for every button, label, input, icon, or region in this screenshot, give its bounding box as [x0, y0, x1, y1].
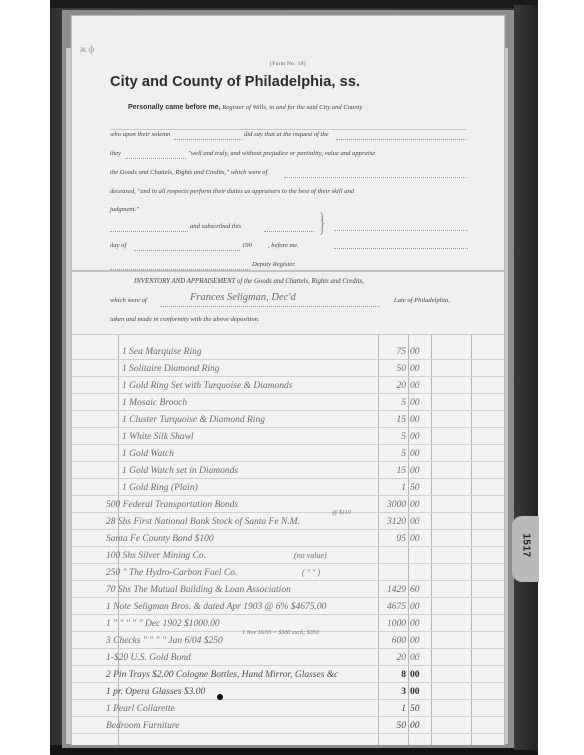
deputy-blank[interactable]: [110, 269, 250, 270]
item-cents: 00: [410, 599, 428, 615]
item-cents: 60: [410, 582, 428, 598]
item-description: 1 Gold Ring Set with Turquoise & Diamond…: [122, 378, 387, 394]
ledger-entry: 1 Gold Ring Set with Turquoise & Diamond…: [72, 378, 504, 394]
binder-spine: [514, 5, 538, 750]
ledger-entry: 100 Shs Silver Mining Co. (no value): [72, 548, 504, 564]
appraiser-signature-line-1[interactable]: [334, 230, 468, 231]
ledger-entry: 1 Solitaire Diamond Ring 50 00: [72, 361, 504, 377]
appraiser-signature-line-2[interactable]: [334, 248, 468, 249]
item-description: 250 " The Hydro-Carbon Fuel Co.: [106, 565, 296, 581]
item-note: 1 Nov 16/05 = $300 each; $350: [242, 630, 319, 637]
ledger-entry: 1 pr. Opera Glasses $3.00 3 00: [72, 684, 504, 700]
item-cents: 00: [410, 616, 428, 632]
ledger-entry: 1 Mosaic Brooch 5 00: [72, 395, 504, 411]
item-dollars: 1: [372, 701, 406, 717]
item-dollars: 15: [372, 463, 406, 479]
item-cents: 00: [410, 378, 428, 394]
item-dollars: 95: [372, 531, 406, 547]
item-dollars: 5: [372, 395, 406, 411]
item-cents: 00: [410, 684, 428, 700]
item-dollars: 5: [372, 429, 406, 445]
item-dollars: 20: [372, 650, 406, 666]
inventory-header: INVENTORY AND APPRAISEMENT of the Goods …: [72, 272, 504, 334]
item-cents: 00: [410, 514, 428, 530]
item-description: 1 Gold Ring (Plain): [122, 480, 387, 496]
item-cents: 00: [410, 395, 428, 411]
item-description: 1 Gold Watch set in Diamonds: [122, 463, 387, 479]
item-cents: 00: [410, 361, 428, 377]
item-dollars: 3: [372, 684, 406, 700]
which-were-of-label: which were of: [110, 297, 147, 304]
item-description: 1 Solitaire Diamond Ring: [122, 361, 387, 377]
well-truly-text: "well and truly, and without prejudice o…: [188, 150, 375, 157]
item-description: 2 Pin Trays $2.00 Cologne Bottles, Hand …: [106, 667, 371, 683]
item-dollars: 50: [372, 718, 406, 734]
ledger-entry: 3 Checks " " " " Jan 6/04 $250 1 Nov 16/…: [72, 633, 504, 649]
late-of-label: Late of Philadelphia,: [394, 297, 450, 304]
ledger-entry: 1 Gold Ring (Plain) 1 50: [72, 480, 504, 496]
personally-rest: Register of Wills, in and for the said C…: [222, 104, 362, 111]
ledger-entry: 1 Gold Watch set in Diamonds 15 00: [72, 463, 504, 479]
they-label: they: [110, 150, 121, 157]
item-dollars: 5: [372, 446, 406, 462]
judgment-text: judgment.": [110, 206, 139, 213]
ledger-entry: Santa Fe County Bond $100 95 00: [72, 531, 504, 547]
item-cents: 00: [410, 633, 428, 649]
they-blank[interactable]: [126, 158, 186, 159]
item-description: 70 Shs The Mutual Building & Loan Associ…: [106, 582, 371, 598]
request-blank[interactable]: [336, 139, 466, 140]
ledger-entry: 250 " The Hydro-Carbon Fuel Co. ( " " ): [72, 565, 504, 581]
ledger-entry: Bedroom Furniture 50 00: [72, 718, 504, 734]
item-description: 1-$20 U.S. Gold Bond: [106, 650, 371, 666]
goods-chattels-text: the Goods and Chattels, Rights and Credi…: [110, 169, 267, 176]
item-dollars: 1: [372, 480, 406, 496]
deputy-register-label: Deputy Register.: [252, 261, 296, 268]
item-dollars: 1429: [372, 582, 406, 598]
item-cents: 50: [410, 701, 428, 717]
item-dollars: 75: [372, 344, 406, 360]
item-description: 1 Pearl Collarette: [106, 701, 371, 717]
item-dollars: 3120: [372, 514, 406, 530]
deposition-section: ж ф [Form No. 18] City and County of Phi…: [72, 16, 504, 272]
personally-lead: Personally came before me,: [128, 104, 221, 111]
item-description: 1 " " " " " Dec 1902 $1000.00: [106, 616, 371, 632]
ledger-entry: 500 Federal Transportation Bonds 3000 00: [72, 497, 504, 513]
item-cents: 00: [410, 412, 428, 428]
item-cents: 00: [410, 446, 428, 462]
item-description: 3 Checks " " " " Jan 6/04 $250: [106, 633, 371, 649]
ink-blot: [217, 694, 223, 700]
goods-blank[interactable]: [284, 177, 466, 178]
dayof-label: day of: [110, 242, 126, 249]
item-description: 1 Note Seligman Bros. & dated Apr 1903 @…: [106, 599, 371, 615]
ledger-entry: 1-$20 U.S. Gold Bond 20 00: [72, 650, 504, 666]
item-description: 1 Mosaic Brooch: [122, 395, 387, 411]
inventory-heading: INVENTORY AND APPRAISEMENT of the Goods …: [134, 278, 364, 285]
form-number: [Form No. 18]: [72, 61, 504, 67]
ledger-entry: 1 Note Seligman Bros. & dated Apr 1903 @…: [72, 599, 504, 615]
item-dollars: 4675: [372, 599, 406, 615]
item-description: 1 Sea Marquise Ring: [122, 344, 387, 360]
item-note: ( " " ): [302, 569, 320, 576]
request-label: did say that at the request of the: [244, 131, 329, 138]
dayof-blank[interactable]: [134, 250, 240, 251]
item-dollars: 3000: [372, 497, 406, 513]
blank-line: [110, 129, 466, 130]
sworn-blank[interactable]: [110, 231, 188, 232]
year-label: 190: [242, 242, 252, 249]
item-cents: 00: [410, 667, 428, 683]
binder-top-edge: [50, 0, 538, 8]
item-description: 1 White Silk Shawl: [122, 429, 387, 445]
item-cents: 00: [410, 650, 428, 666]
beforeme-label: , before me.: [268, 242, 299, 249]
ledger-table: 1 Sea Marquise Ring 75 00 1 Solitaire Di…: [72, 334, 504, 745]
personally-line: Personally came before me, Register of W…: [128, 104, 362, 111]
ledger-entry: 1 Cluster Turquoise & Diamond Ring 15 00: [72, 412, 504, 428]
item-dollars: 20: [372, 378, 406, 394]
item-description: 1 Gold Watch: [122, 446, 387, 462]
item-dollars: 1000: [372, 616, 406, 632]
item-description: 1 pr. Opera Glasses $3.00: [106, 684, 371, 700]
decedent-blank: [160, 306, 380, 307]
subscribed-label: and subscribed this: [190, 223, 241, 230]
item-cents: 50: [410, 480, 428, 496]
item-dollars: 600: [372, 633, 406, 649]
ledger-entry: 28 Shs First National Bank Stock of Sant…: [72, 514, 504, 530]
item-cents: 00: [410, 344, 428, 360]
item-cents: 00: [410, 718, 428, 734]
item-dollars: 15: [372, 412, 406, 428]
subscribed-blank[interactable]: [264, 231, 314, 232]
conformity-text: taken and made in conformity with the ab…: [110, 316, 260, 323]
solemn-label: who upon their solemn: [110, 131, 170, 138]
decedent-name: Frances Seligman, Dec'd: [190, 292, 296, 303]
item-cents: 00: [410, 463, 428, 479]
item-note: (no value): [294, 552, 327, 559]
index-tab-label: 1517: [521, 531, 532, 561]
ledger-entry: 2 Pin Trays $2.00 Cologne Bottles, Hand …: [72, 667, 504, 683]
solemn-blank[interactable]: [174, 139, 242, 140]
item-dollars: 8: [372, 667, 406, 683]
ledger-entry: 1 White Silk Shawl 5 00: [72, 429, 504, 445]
ledger-entry: 70 Shs The Mutual Building & Loan Associ…: [72, 582, 504, 598]
item-description: 100 Shs Silver Mining Co.: [106, 548, 326, 564]
brace-symbol: }: [319, 210, 325, 236]
item-cents: 00: [410, 429, 428, 445]
deceased-text: deceased, "and in all respects perform t…: [110, 188, 354, 195]
page-title: City and County of Philadelphia, ss.: [110, 74, 360, 90]
item-note: @ $110: [332, 510, 351, 517]
ledger-entry: 1 Pearl Collarette 1 50: [72, 701, 504, 717]
item-cents: 00: [410, 497, 428, 513]
item-description: Santa Fe County Bond $100: [106, 531, 371, 547]
item-cents: 00: [410, 531, 428, 547]
item-description: 1 Cluster Turquoise & Diamond Ring: [122, 412, 387, 428]
item-description: Bedroom Furniture: [106, 718, 371, 734]
corner-mark: ж ф: [80, 44, 94, 54]
ledger-entry: 1 Gold Watch 5 00: [72, 446, 504, 462]
item-dollars: 50: [372, 361, 406, 377]
ledger-entry: 1 Sea Marquise Ring 75 00: [72, 344, 504, 360]
document-page: ж ф [Form No. 18] City and County of Phi…: [72, 16, 504, 744]
